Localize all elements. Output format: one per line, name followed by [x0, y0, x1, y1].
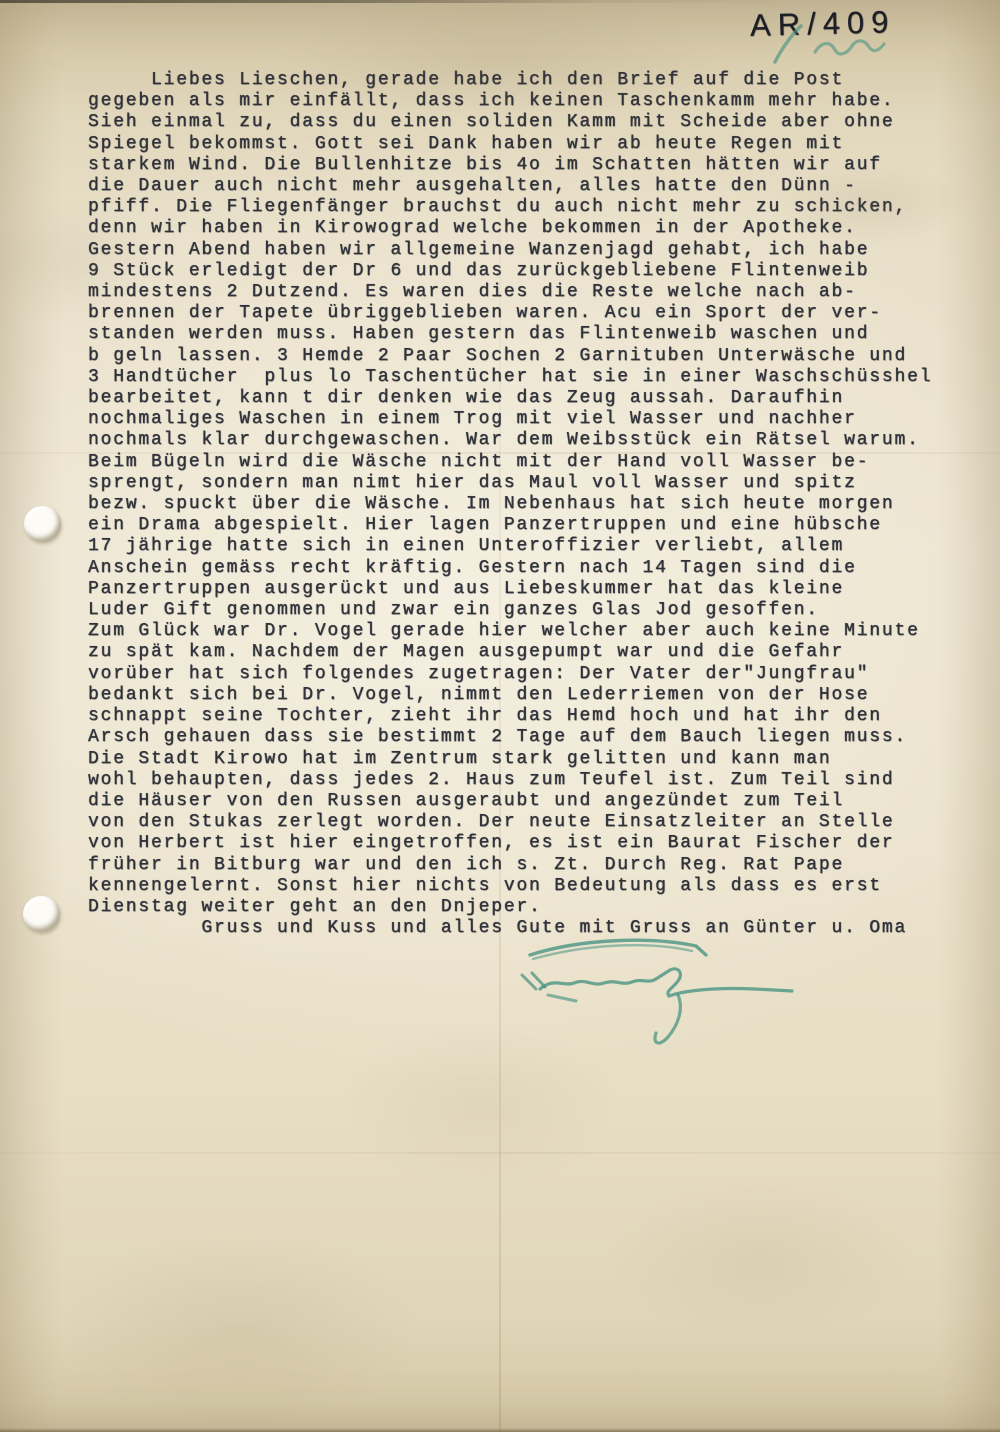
punch-hole-bottom: [23, 896, 60, 932]
letter-body-text: Liebes Lieschen, gerade habe ich den Bri…: [88, 70, 932, 939]
signature-scribble-icon: [500, 935, 800, 1050]
pencil-scribble-icon: [760, 20, 910, 75]
punch-hole-top: [24, 506, 61, 542]
horizontal-crease-lower: [0, 1152, 1000, 1154]
scan-edge-top: [0, 0, 1000, 3]
letter-page: AR/409 Liebes Lieschen, gerade habe ich …: [0, 0, 1000, 1432]
